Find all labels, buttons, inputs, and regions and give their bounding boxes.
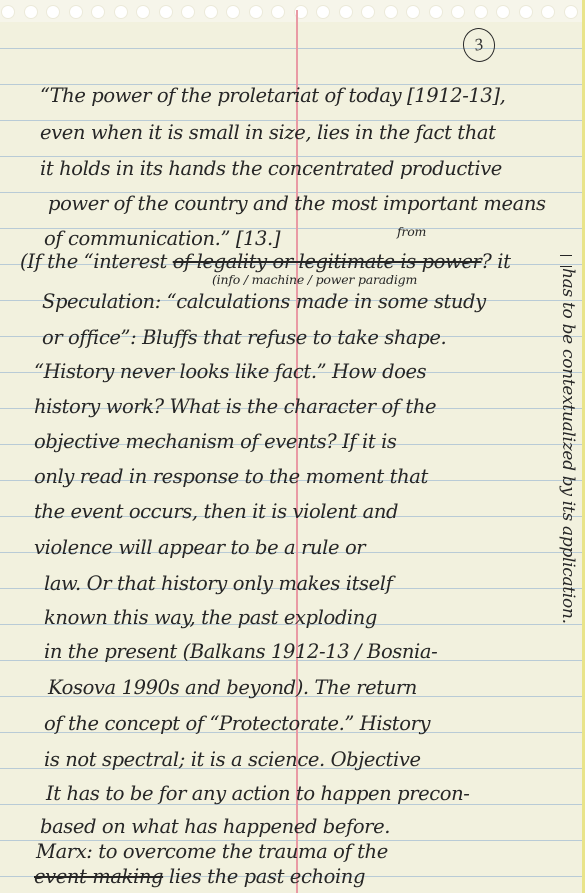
handwritten-line: It has to be for any action to happen pr…: [46, 782, 470, 805]
handwritten-line: power of the country and the most import…: [48, 192, 546, 215]
notebook-page: 3 “The power of the proletariat of today…: [0, 0, 585, 893]
handwritten-line: even when it is small in size, lies in t…: [40, 121, 496, 144]
handwritten-line: violence will appear to be a rule or: [34, 536, 365, 559]
handwritten-line: Kosova 1990s and beyond). The return: [48, 676, 417, 699]
handwritten-line: of the concept of “Protectorate.” Histor…: [44, 712, 430, 735]
handwritten-line: of communication.” [13.]: [44, 227, 280, 250]
handwritten-line: it holds in its hands the concentrated p…: [40, 157, 502, 180]
handwritten-line: “The power of the proletariat of today […: [40, 84, 505, 107]
handwritten-line-with-strikethrough: event making lies the past echoing: [34, 865, 365, 888]
handwritten-line: objective mechanism of events? If it is: [34, 430, 397, 453]
struck-through-text: of legality or legitimate is power: [173, 250, 482, 273]
handwritten-line: or office”: Bluffs that refuse to take s…: [42, 326, 446, 349]
handwritten-line: the event occurs, then it is violent and: [34, 500, 398, 523]
vertical-margin-note: has to be contextualized by its applicat…: [558, 268, 578, 624]
handwritten-line: “History never looks like fact.” How doe…: [34, 360, 426, 383]
handwritten-line-with-strikethrough: (If the “interest of legality or legitim…: [20, 250, 511, 273]
handwritten-line: based on what has happened before.: [40, 815, 390, 838]
handwritten-line: in the present (Balkans 1912-13 / Bosnia…: [44, 640, 437, 663]
handwritten-line: only read in response to the moment that: [34, 465, 428, 488]
line-text-end: ? it: [481, 250, 510, 273]
handwritten-line: Marx: to overcome the trauma of the: [36, 840, 388, 863]
inserted-word-from: from: [397, 224, 426, 239]
handwritten-line: history work? What is the character of t…: [34, 395, 436, 418]
interlinear-insert: (info / machine / power paradigm: [212, 272, 417, 287]
handwritten-line: Speculation: “calculations made in some …: [42, 290, 486, 313]
handwritten-line: known this way, the past exploding: [44, 606, 377, 629]
margin-insert-mark: [560, 255, 572, 267]
struck-through-text: event making: [34, 865, 163, 888]
line-text-start: (If the “interest: [20, 250, 173, 273]
handwritten-line: law. Or that history only makes itself: [44, 572, 392, 595]
line-text-end: lies the past echoing: [163, 865, 365, 888]
handwritten-line: is not spectral; it is a science. Object…: [44, 748, 421, 771]
handwritten-text: “The power of the proletariat of today […: [0, 0, 585, 893]
